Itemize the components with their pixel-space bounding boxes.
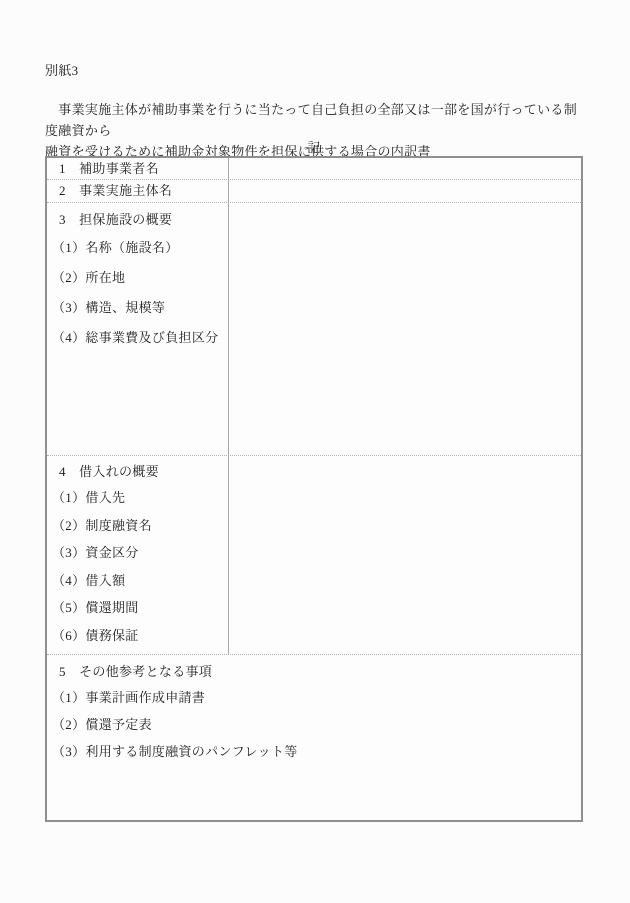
- table-row-other-reference-items: 5 その他参考となる事項 （1）事業計画作成申請書 （2）償還予定表 （3）利用…: [47, 654, 581, 820]
- row-value-cell-empty: [229, 180, 581, 202]
- sub-item-total-cost-allocation: （4）総事業費及び負担区分: [47, 323, 228, 353]
- attachment-label: 別紙3: [45, 60, 78, 79]
- document-page: 別紙3 事業実施主体が補助事業を行うに当たって自己負担の全部又は一部を国が行って…: [0, 0, 630, 903]
- row-label-cell: 4 借入れの概要 （1）借入先 （2）制度融資名 （3）資金区分 （4）借入額 …: [47, 456, 229, 654]
- table-row-borrowing-outline: 4 借入れの概要 （1）借入先 （2）制度融資名 （3）資金区分 （4）借入額 …: [47, 455, 581, 654]
- row-value-cell-empty: [229, 158, 581, 179]
- form-table: 1 補助事業者名 2 事業実施主体名 3 担保施設の概要 （1）名称（施設名） …: [45, 156, 583, 822]
- row-label-cell: 3 担保施設の概要 （1）名称（施設名） （2）所在地 （3）構造、規模等 （4…: [47, 203, 229, 455]
- sub-item-structure-scale: （3）構造、規模等: [47, 293, 228, 323]
- row-label-cell: 5 その他参考となる事項 （1）事業計画作成申請書 （2）償還予定表 （3）利用…: [47, 655, 581, 820]
- row-value-cell-empty: [229, 203, 581, 455]
- row-label: 4 借入れの概要: [47, 456, 228, 484]
- sub-item-location: （2）所在地: [47, 263, 228, 293]
- row-label: 2 事業実施主体名: [47, 180, 228, 202]
- intro-line-1: 事業実施主体が補助事業を行うに当たって自己負担の全部又は一部を国が行っている制度…: [45, 99, 585, 141]
- table-row-implementing-entity-name: 2 事業実施主体名: [47, 179, 581, 202]
- row-label: 3 担保施設の概要: [47, 203, 228, 233]
- sub-item-facility-name: （1）名称（施設名）: [47, 233, 228, 263]
- table-row-subsidized-business-name: 1 補助事業者名: [47, 158, 581, 179]
- sub-item-lender: （1）借入先: [47, 484, 228, 512]
- row-label-cell: 2 事業実施主体名: [47, 180, 229, 202]
- row-label: 5 その他参考となる事項: [47, 655, 581, 684]
- row-label: 1 補助事業者名: [47, 158, 228, 179]
- row-value-cell-empty: [229, 456, 581, 654]
- record-marker: 記: [45, 137, 583, 156]
- sub-item-loan-amount: （4）借入額: [47, 567, 228, 595]
- sub-item-fund-category: （3）資金区分: [47, 539, 228, 567]
- sub-item-business-plan-application: （1）事業計画作成申請書: [47, 684, 581, 711]
- table-row-collateral-facility-outline: 3 担保施設の概要 （1）名称（施設名） （2）所在地 （3）構造、規模等 （4…: [47, 202, 581, 455]
- sub-item-loan-program-name: （2）制度融資名: [47, 512, 228, 540]
- sub-item-debt-guarantee: （6）債務保証: [47, 622, 228, 650]
- sub-item-loan-pamphlet: （3）利用する制度融資のパンフレット等: [47, 738, 581, 765]
- sub-item-repayment-schedule: （2）償還予定表: [47, 711, 581, 738]
- row-label-cell: 1 補助事業者名: [47, 158, 229, 179]
- sub-item-repayment-period: （5）償還期間: [47, 594, 228, 622]
